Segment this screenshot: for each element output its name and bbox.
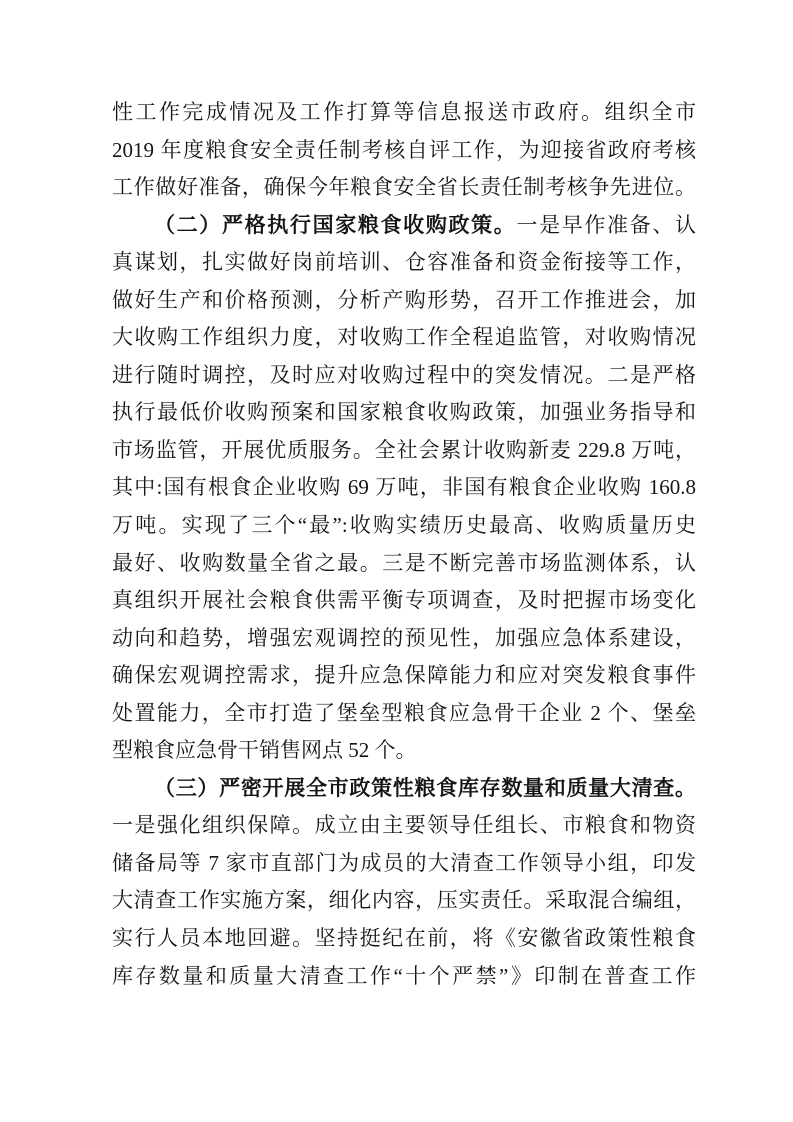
text-line-content: 其中:国有根食企业收购 69 万吨，非国有粮食企业收购 160.8	[112, 475, 696, 499]
text-line-content: 进行随时调控，及时应对收购过程中的突发情况。二是严格	[112, 363, 696, 387]
text-line: 工作做好准备，确保今年粮食安全省长责任制考核争先进位。	[112, 169, 696, 207]
text-line: 做好生产和价格预测，分析产购形势，召开工作推进会，加	[112, 282, 696, 320]
text-line: 真组织开展社会粮食供需平衡专项调查，及时把握市场变化	[112, 582, 696, 620]
text-line: 处置能力，全市打造了堡垒型粮食应急骨干企业 2 个、堡垒	[112, 695, 696, 733]
text-line: 市场监管，开展优质服务。全社会累计收购新麦 229.8 万吨，	[112, 432, 696, 470]
text-line: 型粮食应急骨干销售网点 52 个。	[112, 732, 696, 770]
text-line-content: 动向和趋势，增强宏观调控的预见性，加强应急体系建设，	[112, 626, 696, 650]
text-line-content: 储备局等 7 家市直部门为成员的大清查工作领导小组，印发	[112, 851, 696, 875]
text-line: 确保宏观调控需求，提升应急保障能力和应对突发粮食事件	[112, 657, 696, 695]
text-line: 执行最低价收购预案和国家粮食收购政策，加强业务指导和	[112, 394, 696, 432]
document-page: 性工作完成情况及工作打算等信息报送市政府。组织全市 2019 年度粮食安全责任制…	[0, 0, 793, 1122]
text-line: 进行随时调控，及时应对收购过程中的突发情况。二是严格	[112, 357, 696, 395]
text-line-content: 做好生产和价格预测，分析产购形势，召开工作推进会，加	[112, 288, 696, 312]
text-line-content: 大清查工作实施方案，细化内容，压实责任。采取混合编组，	[112, 888, 696, 912]
text-line: 一是强化组织保障。成立由主要领导任组长、市粮食和物资	[112, 807, 696, 845]
text-line-content: 万吨。实现了三个“最”:收购实绩历史最高、收购质量历史	[112, 513, 696, 537]
text-line: 万吨。实现了三个“最”:收购实绩历史最高、收购质量历史	[112, 507, 696, 545]
text-line: （二）严格执行国家粮食收购政策。一是早作准备、认	[112, 207, 696, 245]
text-line-content: 执行最低价收购预案和国家粮食收购政策，加强业务指导和	[112, 400, 696, 424]
text-line-content: 处置能力，全市打造了堡垒型粮食应急骨干企业 2 个、堡垒	[112, 701, 696, 725]
text-line-content: 库存数量和质量大清查工作“十个严禁”》印制在普查工作	[112, 964, 696, 988]
text-line: 实行人员本地回避。坚持挺纪在前，将《安徽省政策性粮食	[112, 920, 696, 958]
text-line: 库存数量和质量大清查工作“十个严禁”》印制在普查工作	[112, 958, 696, 996]
text-line: 动向和趋势，增强宏观调控的预见性，加强应急体系建设，	[112, 620, 696, 658]
text-line: 储备局等 7 家市直部门为成员的大清查工作领导小组，印发	[112, 845, 696, 883]
text-line-content: 2019 年度粮食安全责任制考核自评工作，为迎接省政府考核	[112, 138, 696, 162]
text-line-content: 确保宏观调控需求，提升应急保障能力和应对突发粮食事件	[112, 663, 696, 687]
text-line: 真谋划，扎实做好岗前培训、仓容准备和资金衔接等工作，	[112, 244, 696, 282]
text-line-content: 实行人员本地回避。坚持挺纪在前，将《安徽省政策性粮食	[112, 926, 696, 950]
text-line: 2019 年度粮食安全责任制考核自评工作，为迎接省政府考核	[112, 132, 696, 170]
page-text-block: 性工作完成情况及工作打算等信息报送市政府。组织全市 2019 年度粮食安全责任制…	[112, 94, 696, 995]
text-line-content: 工作做好准备，确保今年粮食安全省长责任制考核争先进位。	[112, 175, 696, 199]
text-line-content: 真组织开展社会粮食供需平衡专项调查，及时把握市场变化	[112, 588, 696, 612]
section-heading: （三）严密开展全市政策性粮食库存数量和质量大清查。	[154, 776, 696, 800]
text-line-content: 一是强化组织保障。成立由主要领导任组长、市粮食和物资	[112, 813, 696, 837]
text-line: 性工作完成情况及工作打算等信息报送市政府。组织全市	[112, 94, 696, 132]
text-line-content: 最好、收购数量全省之最。三是不断完善市场监测体系，认	[112, 551, 696, 575]
text-line: 其中:国有根食企业收购 69 万吨，非国有粮食企业收购 160.8	[112, 469, 696, 507]
text-line-content: 大收购工作组织力度，对收购工作全程追监管，对收购情况	[112, 325, 696, 349]
text-line-content: 性工作完成情况及工作打算等信息报送市政府。组织全市	[112, 100, 696, 124]
text-line: （三）严密开展全市政策性粮食库存数量和质量大清查。	[112, 770, 696, 808]
text-line-content: 真谋划，扎实做好岗前培训、仓容准备和资金衔接等工作，	[112, 250, 696, 274]
text-line: 大清查工作实施方案，细化内容，压实责任。采取混合编组，	[112, 882, 696, 920]
text-line-content: 市场监管，开展优质服务。全社会累计收购新麦 229.8 万吨，	[112, 438, 696, 462]
text-line: 大收购工作组织力度，对收购工作全程追监管，对收购情况	[112, 319, 696, 357]
section-heading: （二）严格执行国家粮食收购政策。	[154, 213, 516, 237]
text-line-content: 型粮食应急骨干销售网点 52 个。	[112, 738, 417, 762]
text-line: 最好、收购数量全省之最。三是不断完善市场监测体系，认	[112, 545, 696, 583]
text-line-content: 一是早作准备、认	[516, 213, 696, 237]
